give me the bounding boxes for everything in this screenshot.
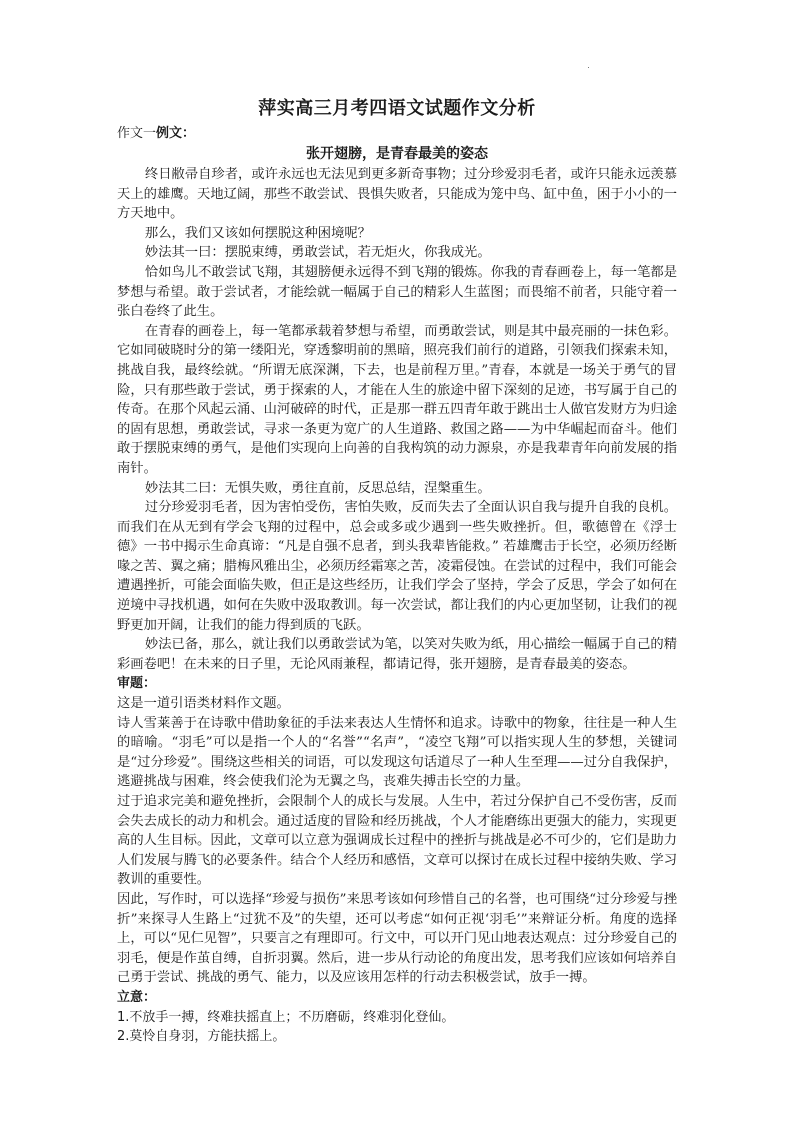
- essay-label-bold: 例文：: [156, 126, 195, 141]
- analysis-heading: 审题：: [117, 674, 677, 694]
- essay-paragraph: 终日敝帚自珍者，或许永远也无法见到更多新奇事物；过分珍爱羽毛者，或许只能永远羡慕…: [117, 165, 677, 224]
- document-title: 萍实高三月考四语文试题作文分析: [117, 96, 677, 122]
- essay-section-label: 作文一例文：: [117, 124, 677, 143]
- essay-paragraph: 妙法已备，那么，就让我们以勇敢尝试为笔，以笑对失败为纸，用心描绘一幅属于自己的精…: [117, 635, 677, 674]
- essay-label-prefix: 作文一: [117, 126, 156, 141]
- essay-paragraph: 恰如鸟儿不敢尝试飞翔，其翅膀便永远得不到飞翔的锻炼。你我的青春画卷上，每一笔都是…: [117, 263, 677, 322]
- essay-paragraph: 在青春的画卷上，每一笔都承载着梦想与希望，而勇敢尝试，则是其中最亮丽的一抹色彩。…: [117, 322, 677, 479]
- essay-paragraph: 妙法其二曰：无惧失败，勇往直前，反思总结，涅槃重生。: [117, 479, 677, 499]
- analysis-paragraph: 过于追求完美和避免挫折，会限制个人的成长与发展。人生中，若过分保护自己不受伤害，…: [117, 792, 677, 890]
- essay-title: 张开翅膀，是青春最美的姿态: [117, 143, 677, 165]
- theme-point-number: 1.: [117, 1010, 129, 1025]
- theme-point: 1.不放手一搏，终难扶摇直上；不历磨砺，终难羽化登仙。: [117, 1008, 677, 1028]
- theme-point-text: 莫怜自身羽，方能扶摇上。: [129, 1029, 285, 1044]
- theme-point-text: 不放手一搏，终难扶摇直上；不历磨砺，终难羽化登仙。: [129, 1010, 454, 1025]
- theme-points: 1.不放手一搏，终难扶摇直上；不历磨砺，终难羽化登仙。 2.莫怜自身羽，方能扶摇…: [117, 1008, 677, 1047]
- stray-dot-mark: [588, 67, 589, 68]
- analysis-paragraph: 这是一道引语类材料作文题。: [117, 694, 677, 714]
- essay-paragraph: 过分珍爱羽毛者，因为害怕受伤，害怕失败，反而失去了全面认识自我与提升自我的良机。…: [117, 498, 677, 635]
- analysis-body: 这是一道引语类材料作文题。 诗人雪莱善于在诗歌中借助象征的手法来表达人生情怀和追…: [117, 694, 677, 988]
- document-page: 萍实高三月考四语文试题作文分析 作文一例文： 张开翅膀，是青春最美的姿态 终日敝…: [117, 96, 677, 1047]
- analysis-paragraph: 因此，写作时，可以选择“珍爱与损伤”来思考该如何珍惜自己的名誉，也可围绕“过分珍…: [117, 890, 677, 988]
- essay-paragraph: 妙法其一曰：摆脱束缚，勇敢尝试，若无炬火，你我成光。: [117, 243, 677, 263]
- theme-point: 2.莫怜自身羽，方能扶摇上。: [117, 1027, 677, 1047]
- essay-paragraph: 那么，我们又该如何摆脱这种困境呢？: [117, 224, 677, 244]
- analysis-paragraph: 诗人雪莱善于在诗歌中借助象征的手法来表达人生情怀和追求。诗歌中的物象，往往是一种…: [117, 714, 677, 792]
- theme-point-number: 2.: [117, 1029, 129, 1044]
- theme-heading: 立意：: [117, 988, 677, 1008]
- essay-body: 终日敝帚自珍者，或许永远也无法见到更多新奇事物；过分珍爱羽毛者，或许只能永远羡慕…: [117, 165, 677, 674]
